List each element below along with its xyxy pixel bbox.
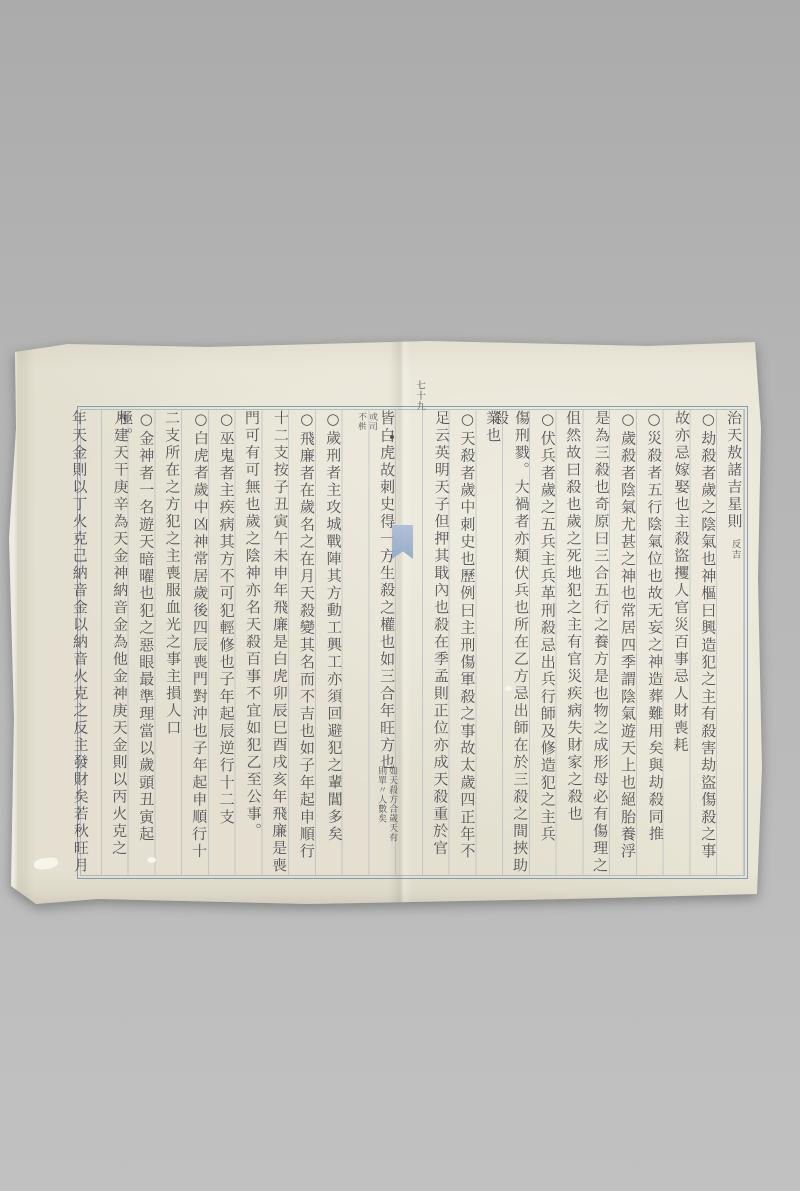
column-text: 治天敖諸吉星則 <box>725 410 744 530</box>
manuscript-page-wrapper: 七十九 治天敖諸吉星則反吉○劫殺者歲之陰氣也神樞曰興造犯之主有殺害劫盜傷殺之事故… <box>8 338 763 906</box>
text-column: 年天金則以丁火克己納音金以納音火克之反主發財矣若秋旺月 <box>63 410 92 876</box>
paper-tear-speck <box>505 686 512 691</box>
text-column: ○劫殺者歲之陰氣也神樞曰興造犯之主有殺害劫盜傷殺之事 <box>692 410 719 876</box>
page-background: { "page": { "background_color": "#b4b4b4… <box>0 0 800 1191</box>
column-text: ○天殺者歲中刺史也歷例曰主刑傷軍殺之事故太歲四正年不 <box>458 410 476 860</box>
paper-tear-speck <box>33 856 58 870</box>
column-text: 足云英明天子但押其戢內也殺在季孟則正位亦成天殺重於官 <box>431 410 451 857</box>
manuscript-page: 七十九 治天敖諸吉星則反吉○劫殺者歲之陰氣也神樞曰興造犯之主有殺害劫盜傷殺之事故… <box>8 338 763 906</box>
text-column: 戓司 不㭊 <box>343 410 372 876</box>
column-text: 伹然故曰殺也歲之死地犯之主有官災疾病失財家之殺也 <box>564 410 584 823</box>
text-column: 業也 <box>477 410 506 876</box>
text-column: 門可有可無也歲之陰神亦名天殺百事不宜如犯乙至公事。 <box>236 410 265 876</box>
column-text: ○歲刑者主攻城戰陣其方動工興工亦須回避犯之輩閶多矣 <box>324 410 344 843</box>
column-text: 故亦忌嫁娶也主殺盜攫人官災百事忌人財喪耗 <box>672 410 692 754</box>
column-text: ○飛廉者在歲名之在月天殺變其名而不吉也如子年起申順行 <box>298 410 316 860</box>
column-text: 二支所在之方犯之主喪服血光之事主損人口 <box>163 410 182 737</box>
text-column <box>397 410 426 876</box>
text-column: ○伏兵者歲之五兵主兵革刑殺忌出兵行師及修造犯之主兵 <box>532 410 559 876</box>
text-column: 治天敖諸吉星則反吉 <box>718 410 747 876</box>
text-column: ○白虎者歲中凶神常居歲後四辰喪門對沖也子年起申順行十 <box>183 410 212 876</box>
interlinear-note: 戓司 不㭊 <box>355 412 377 431</box>
column-text: 業也 <box>484 410 502 444</box>
text-column: 故亦忌嫁娶也主殺盜攫人官災百事忌人財喪耗 <box>664 410 693 876</box>
ink-speck <box>390 435 394 439</box>
text-column: 伹然故曰殺也歲之死地犯之主有官災疾病失財家之殺也 <box>557 410 586 876</box>
paper-tear-speck <box>147 857 156 863</box>
column-text: 皆白虎故刺史得一方生殺之權也如三合年旺方也 <box>378 410 396 771</box>
text-column: ○巫鬼者主疾病其方不可犯輕修也子年起辰逆行十二支 <box>211 410 238 876</box>
text-column: ○災殺者五行陰氣位也故无妄之神造葬難用矣與劫殺同推 <box>638 410 667 876</box>
column-text: ○白虎者歲中凶神常居歲後四辰喪門對沖也子年起申順行十 <box>190 410 210 860</box>
text-column: ○天殺者歲中刺史也歷例曰主刑傷軍殺之事故太歲四正年不 <box>451 410 478 876</box>
column-text: ○劫殺者歲之陰氣也神樞曰興造犯之主有殺害劫盜傷殺之事 <box>699 410 717 860</box>
text-column: 皆白虎故刺史得一方生殺之權也如三合年旺方也如天殺方合歲天有 則單〃人數矣 <box>371 410 398 876</box>
text-column: 是為三殺也奇原曰三合五行之養方是也物之成形母必有傷理之 <box>584 410 613 876</box>
text-column: ○飛廉者在歲名之在月天殺變其名而不吉也如子年起申順行 <box>291 410 318 876</box>
column-small-note: 反吉 <box>730 539 741 560</box>
interlinear-note: 如天殺方合歲天有 則單〃人數矣 <box>375 766 397 842</box>
text-column: 足云英明天子但押其戢內也殺在季孟則正位亦成天殺重於官 <box>424 410 453 876</box>
text-column: 二支所在之方犯之主喪服血光之事主損人口 <box>156 410 185 876</box>
column-text: 十二支按子丑寅午未申年飛廉是白虎卯辰巳酉戌亥年飛廉是喪 <box>270 410 290 874</box>
text-column: 月建天干庚辛為天金神納音金為他金神庚天金則以丙火克之 <box>103 410 132 876</box>
column-text: ○伏兵者歲之五兵主兵革刑殺忌出兵行師及修造犯之主兵 <box>539 410 557 843</box>
text-column: ○金神者一名遊天暗曜也犯之惡眼最準理當以歲頭丑寅起極。 <box>130 410 157 876</box>
column-text: ○災殺者五行陰氣位也故无妄之神造葬難用矣與劫殺同推 <box>645 410 665 843</box>
text-column: 十二支按子丑寅午未申年飛廉是白虎卯辰巳酉戌亥年飛廉是喪 <box>263 410 292 876</box>
column-text: ○巫鬼者主疾病其方不可犯輕修也子年起辰逆行十二支 <box>218 410 236 826</box>
column-text: 門可有可無也歲之陰神亦名天殺百事不宜如犯乙至公事。 <box>243 410 263 840</box>
text-column: ○歲殺者陰氣尤甚之神也常居四季謂陰氣遊天上也絕胎養浮 <box>612 410 639 876</box>
text-column: 傷刑戮。大禍者亦類伏兵也所在乙方忌出師在於三殺之間挾助殺 <box>504 410 533 876</box>
column-text: 月建天干庚辛為天金神納音金為他金神庚天金則以丙火克之 <box>110 410 130 857</box>
column-text: ○歲殺者陰氣尤甚之神也常居四季謂陰氣遊天上也絕胎養浮 <box>619 410 637 860</box>
column-text: 是為三殺也奇原曰三合五行之養方是也物之成形母必有傷理之 <box>591 410 611 874</box>
column-text: 年天金則以丁火克己納音金以納音火克之反主發財矣若秋旺月 <box>70 410 90 874</box>
text-column: ○歲刑者主攻城戰陣其方動工興工亦須回避犯之輩閶多矣 <box>317 410 346 876</box>
